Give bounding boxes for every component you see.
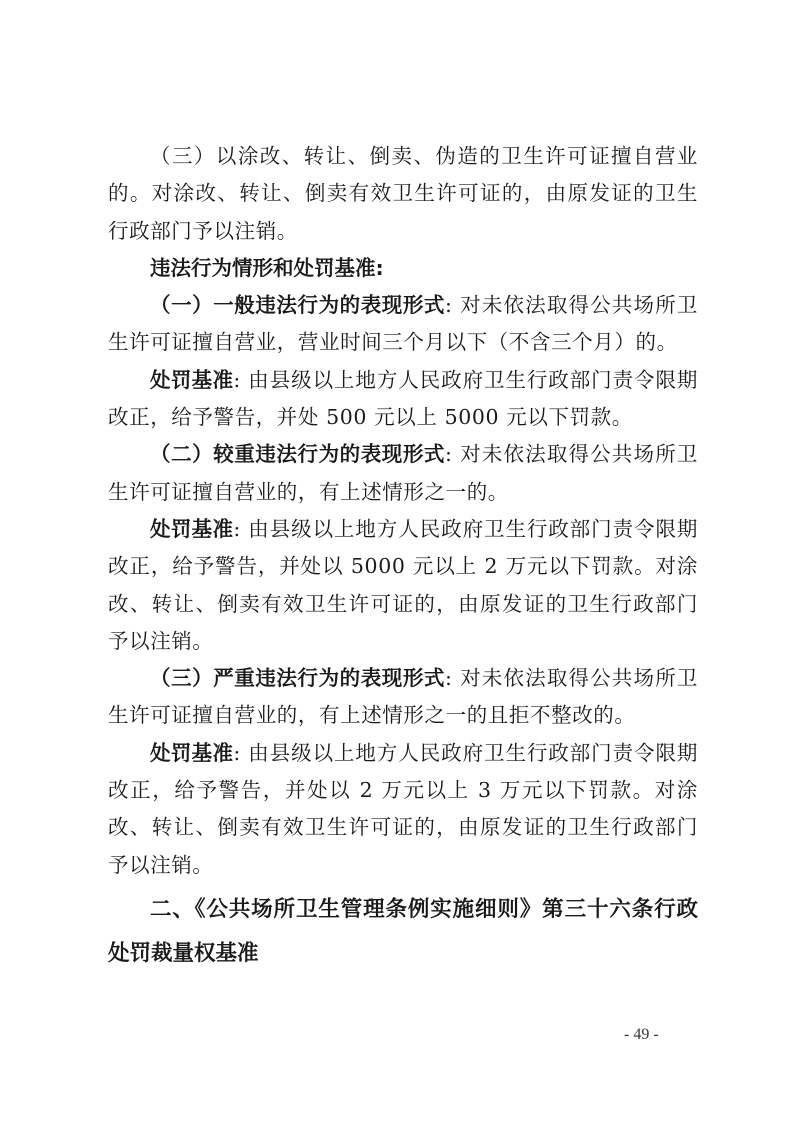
paragraph-forged-license: （三）以涂改、转让、倒卖、伪造的卫生许可证擅自营业的。对涂改、转让、倒卖有效卫生… xyxy=(108,138,698,250)
paragraph-severe-violation: （三）严重违法行为的表现形式: 对未依法取得公共场所卫生许可证擅自营业的，有上述… xyxy=(108,660,698,735)
paragraph-severe-penalty: 处罚基准: 由县级以上地方人民政府卫生行政部门责令限期改正，给予警告，并处以 2… xyxy=(108,735,698,884)
paragraph-bold: 违法行为情形和处罚基准: xyxy=(150,256,384,280)
paragraph-violation-criteria-title: 违法行为情形和处罚基准: xyxy=(108,250,698,287)
paragraph-serious-violation: （二）较重违法行为的表现形式: 对未依法取得公共场所卫生许可证擅自营业的，有上述… xyxy=(108,436,698,511)
paragraph-bold: 处罚基准 xyxy=(150,368,233,392)
paragraph-bold: （二）较重违法行为的表现形式 xyxy=(150,442,445,466)
paragraph-bold: 处罚基准 xyxy=(150,517,233,541)
paragraph-bold: 处罚基准 xyxy=(150,741,233,765)
document-body: （三）以涂改、转让、倒卖、伪造的卫生许可证擅自营业的。对涂改、转让、倒卖有效卫生… xyxy=(108,138,698,976)
page-number: - 49 - xyxy=(624,1026,659,1044)
paragraph-bold: （三）严重违法行为的表现形式 xyxy=(150,666,445,690)
paragraph-general-violation: （一）一般违法行为的表现形式: 对未依法取得公共场所卫生许可证擅自营业，营业时间… xyxy=(108,287,698,362)
paragraph-bold: （一）一般违法行为的表现形式 xyxy=(150,293,445,317)
section-heading: 二、《公共场所卫生管理条例实施细则》第三十六条行政处罚裁量权基准 xyxy=(108,888,698,976)
paragraph-text: （三）以涂改、转让、倒卖、伪造的卫生许可证擅自营业的。对涂改、转让、倒卖有效卫生… xyxy=(108,144,698,243)
paragraph-serious-penalty: 处罚基准: 由县级以上地方人民政府卫生行政部门责令限期改正，给予警告，并处以 5… xyxy=(108,511,698,660)
paragraph-general-penalty: 处罚基准: 由县级以上地方人民政府卫生行政部门责令限期改正，给予警告，并处 50… xyxy=(108,362,698,437)
